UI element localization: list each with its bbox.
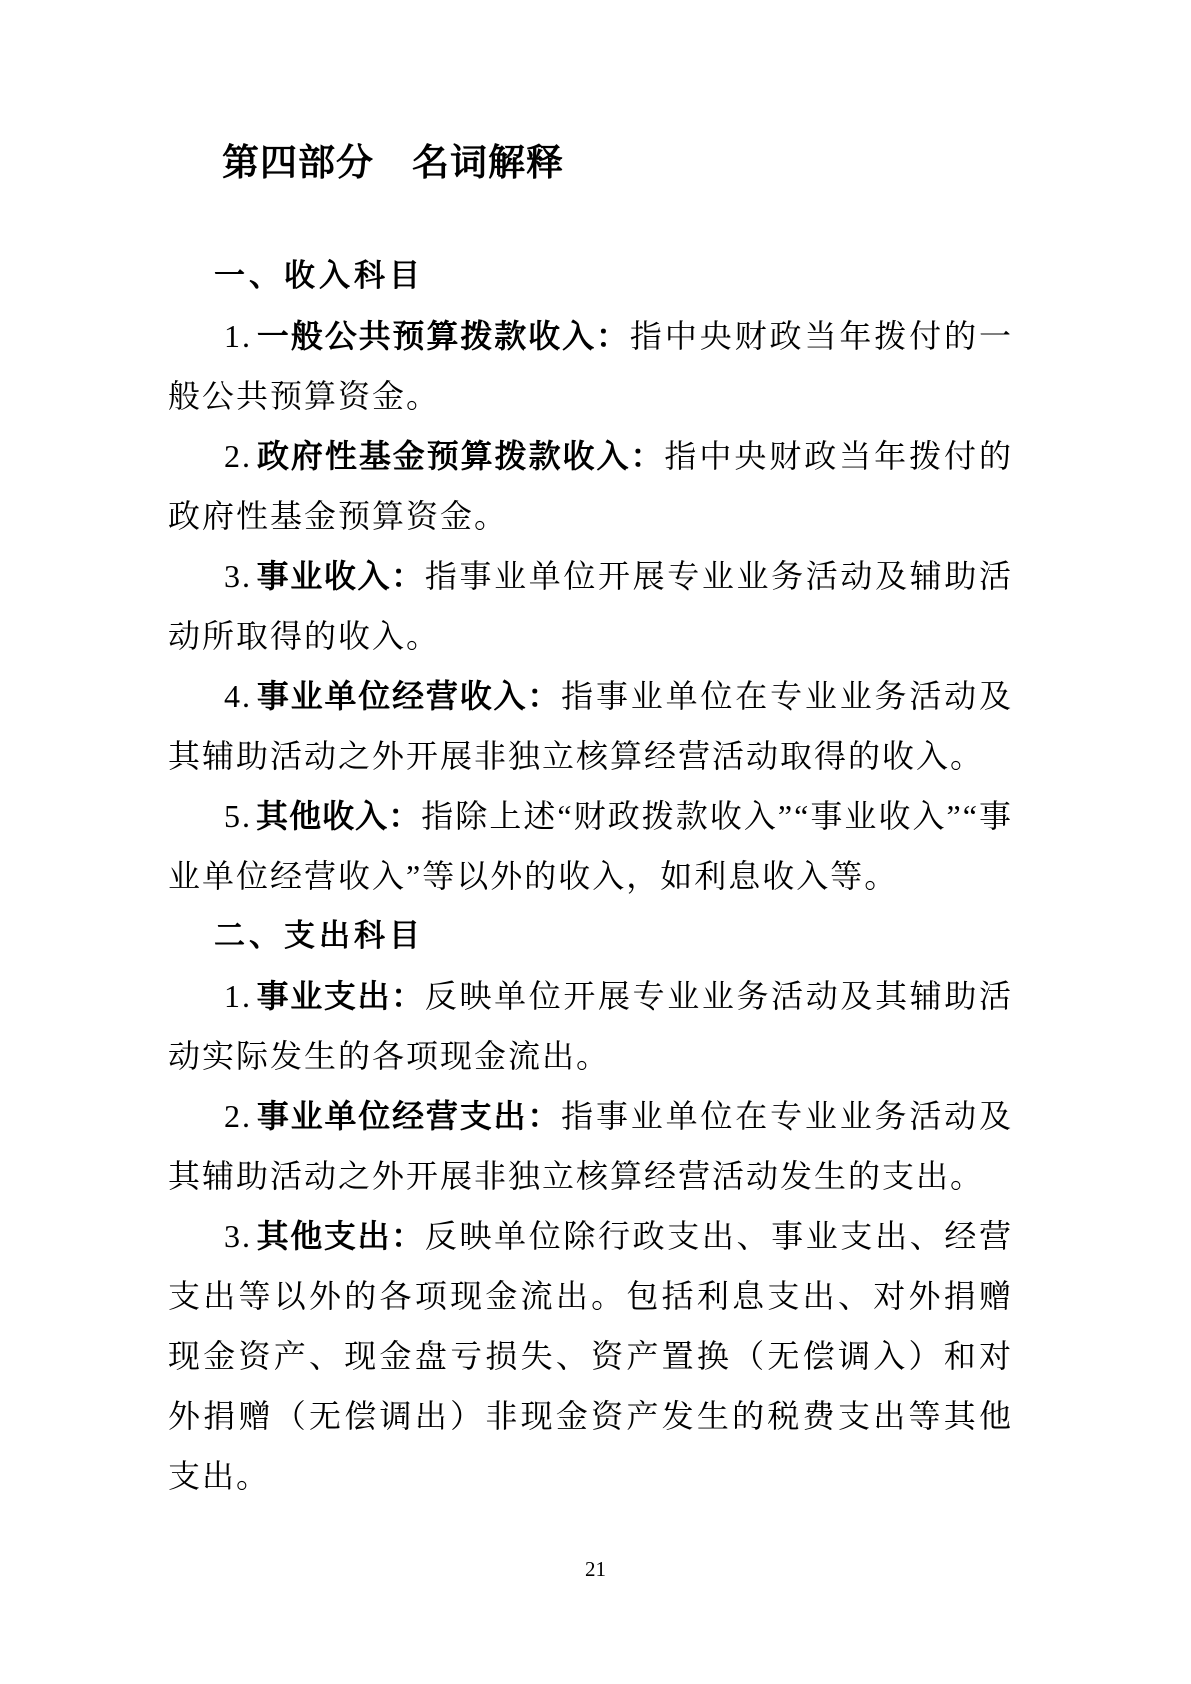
term-item-income-5: 5.其他收入：指除上述“财政拨款收入”“事业收入”“事业单位经营收入”等以外的收… <box>168 786 1013 906</box>
term-item-income-3: 3.事业收入：指事业单位开展专业业务活动及辅助活动所取得的收入。 <box>168 546 1013 666</box>
term-item-income-4: 4.事业单位经营收入：指事业单位在专业业务活动及其辅助活动之外开展非独立核算经营… <box>168 666 1013 786</box>
item-term: 其他支出： <box>256 1218 425 1254</box>
item-number: 2. <box>224 438 256 474</box>
item-term: 其他收入： <box>256 798 421 834</box>
item-number: 1. <box>224 978 256 1014</box>
document-page: 第四部分 名词解释 一、收入科目 1.一般公共预算拨款收入：指中央财政当年拨付的… <box>0 0 1191 1684</box>
item-term: 事业收入： <box>256 558 425 594</box>
page-number: 21 <box>0 1556 1191 1582</box>
section-heading-expenditure: 二、支出科目 <box>168 906 1013 966</box>
item-number: 4. <box>224 678 256 714</box>
document-body: 一、收入科目 1.一般公共预算拨款收入：指中央财政当年拨付的一般公共预算资金。 … <box>0 246 1191 1506</box>
term-item-income-1: 1.一般公共预算拨款收入：指中央财政当年拨付的一般公共预算资金。 <box>168 306 1013 426</box>
item-term: 事业单位经营支出： <box>256 1098 561 1134</box>
item-number: 5. <box>224 798 256 834</box>
term-item-expenditure-3: 3.其他支出：反映单位除行政支出、事业支出、经营支出等以外的各项现金流出。包括利… <box>168 1206 1013 1506</box>
item-number: 3. <box>224 558 256 594</box>
item-term: 事业支出： <box>256 978 425 1014</box>
section-heading-income: 一、收入科目 <box>168 246 1013 306</box>
item-definition: 反映单位除行政支出、事业支出、经营支出等以外的各项现金流出。包括利息支出、对外捐… <box>168 1218 1013 1494</box>
page-title: 第四部分 名词解释 <box>0 0 1191 186</box>
term-item-income-2: 2.政府性基金预算拨款收入：指中央财政当年拨付的政府性基金预算资金。 <box>168 426 1013 546</box>
item-number: 1. <box>224 318 256 354</box>
term-item-expenditure-1: 1.事业支出：反映单位开展专业业务活动及其辅助活动实际发生的各项现金流出。 <box>168 966 1013 1086</box>
item-number: 3. <box>224 1218 256 1254</box>
item-number: 2. <box>224 1098 256 1134</box>
term-item-expenditure-2: 2.事业单位经营支出：指事业单位在专业业务活动及其辅助活动之外开展非独立核算经营… <box>168 1086 1013 1206</box>
item-term: 政府性基金预算拨款收入： <box>256 438 664 474</box>
item-term: 一般公共预算拨款收入： <box>256 318 630 354</box>
item-term: 事业单位经营收入： <box>256 678 561 714</box>
